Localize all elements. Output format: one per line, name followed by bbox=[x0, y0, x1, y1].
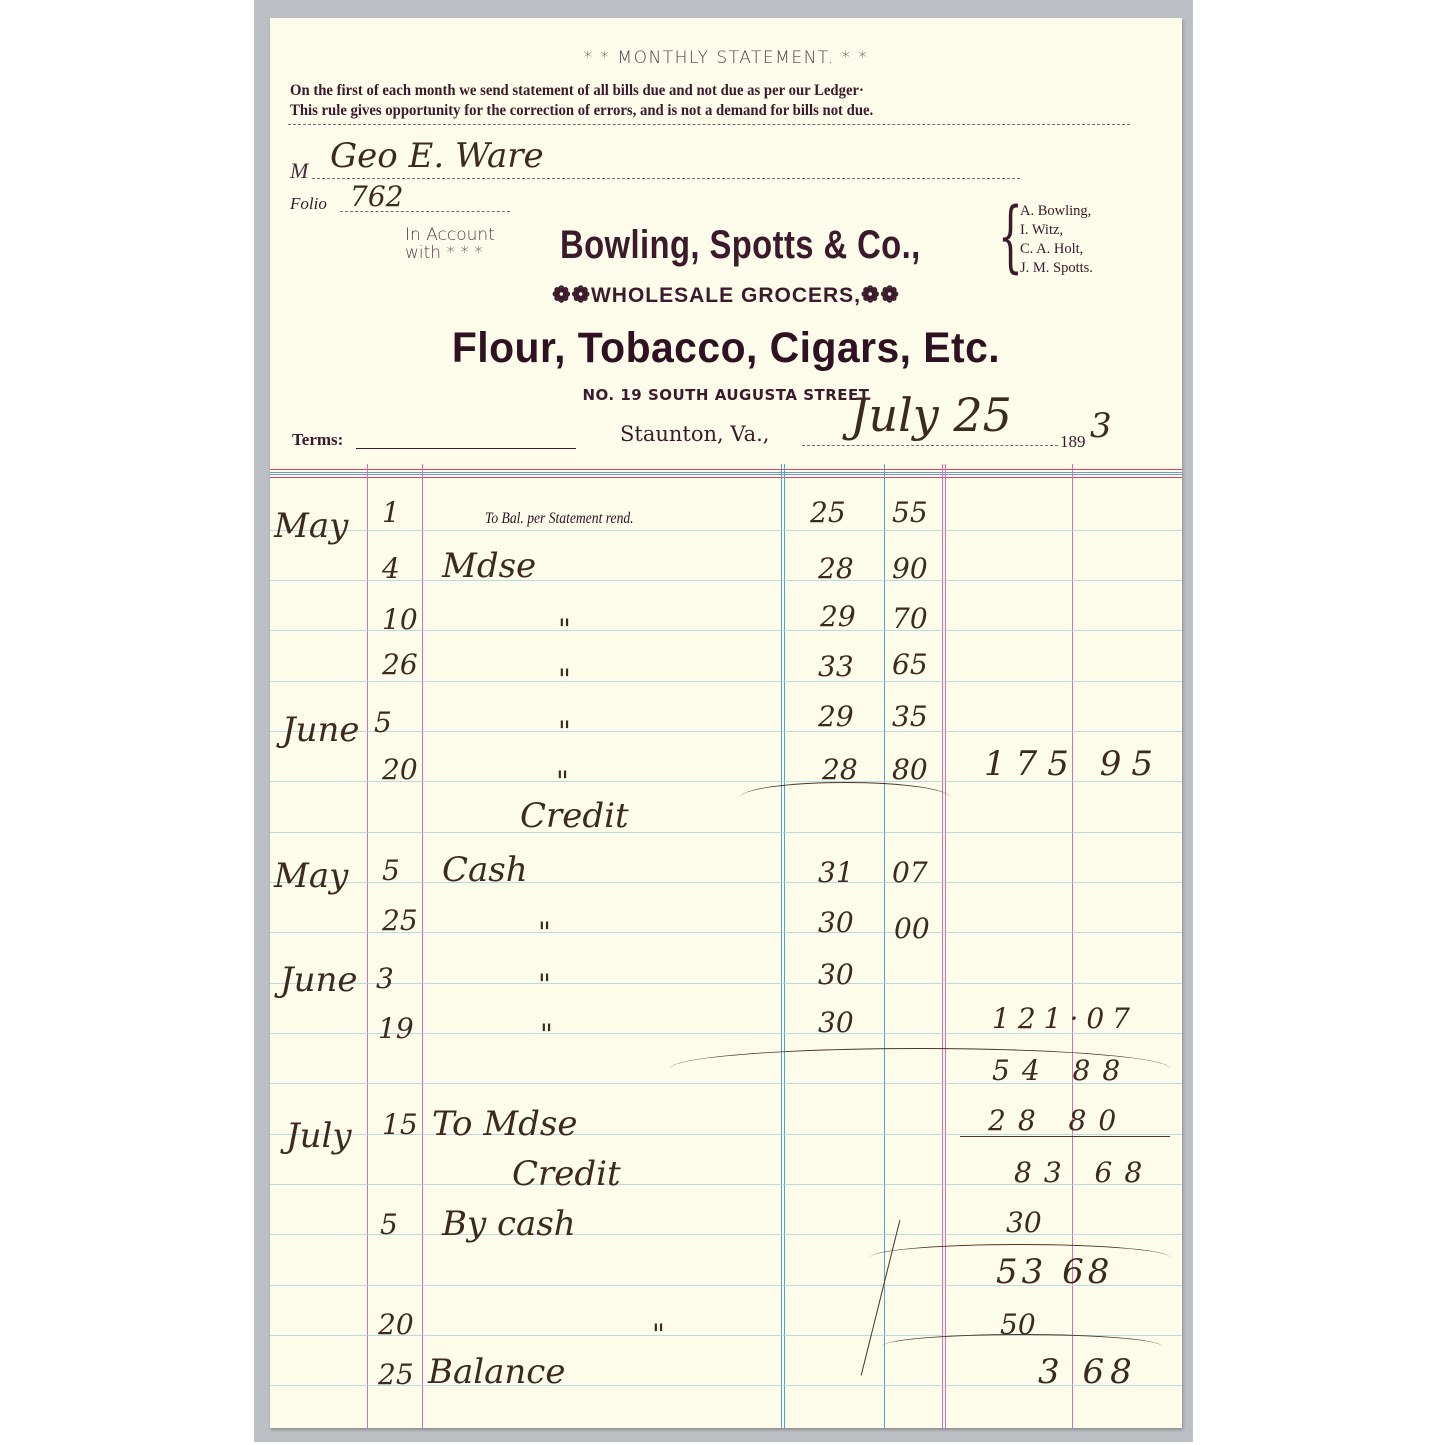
ledger-dollars: 30 bbox=[818, 906, 854, 939]
ledger-total: 121·07 bbox=[992, 1002, 1138, 1035]
ledger-dollars: 29 bbox=[820, 600, 856, 633]
partner: J. M. Spotts. bbox=[1020, 259, 1093, 278]
ledger-cents: 55 bbox=[892, 496, 928, 529]
customer-line bbox=[312, 178, 1020, 179]
ledger-desc: " bbox=[558, 715, 571, 748]
header-rule bbox=[270, 474, 1182, 475]
ledger-cents: 65 bbox=[892, 648, 928, 681]
ledger-day: 1 bbox=[382, 496, 400, 529]
date-handwritten: July 25 bbox=[850, 388, 1012, 442]
ledger-desc: " bbox=[538, 916, 551, 949]
in-account-with: In Account with * * * bbox=[405, 226, 495, 262]
partners-list: A. Bowling, I. Witz, C. A. Holt, J. M. S… bbox=[1020, 202, 1093, 278]
header-rule bbox=[270, 469, 1182, 470]
folio-line bbox=[340, 211, 510, 212]
ledger-day: 15 bbox=[382, 1108, 418, 1141]
statement-paper: * * MONTHLY STATEMENT. * * On the first … bbox=[270, 18, 1182, 1428]
ledger-day: 4 bbox=[382, 552, 400, 585]
ledger-desc: " bbox=[556, 765, 569, 798]
folio-label: Folio bbox=[290, 194, 327, 214]
column-rule bbox=[781, 464, 782, 1428]
ledger-desc: Balance bbox=[428, 1352, 565, 1392]
ledger-day: 10 bbox=[382, 603, 418, 636]
street-address: NO. 19 SOUTH AUGUSTA STREET bbox=[270, 386, 1182, 404]
ledger-desc: To Mdse bbox=[432, 1104, 577, 1144]
printed-balance-label: To Bal. per Statement rend. bbox=[485, 510, 634, 528]
ledger-desc: By cash bbox=[442, 1204, 576, 1244]
city: Staunton, Va., bbox=[620, 422, 769, 446]
customer-prefix: M bbox=[290, 158, 308, 184]
check-mark bbox=[861, 1220, 903, 1376]
notice-line-1: On the first of each month we send state… bbox=[290, 82, 864, 100]
ledger-cents: 70 bbox=[892, 602, 928, 635]
ledger-day: 20 bbox=[382, 753, 418, 786]
wholesale-grocers: ❁❁WHOLESALE GROCERS,❁❁ bbox=[270, 282, 1182, 308]
ledger-cents: 90 bbox=[892, 552, 928, 585]
ledger-total: 28 80 bbox=[988, 1104, 1128, 1137]
ledger-dollars: 31 bbox=[818, 856, 854, 889]
column-rule bbox=[945, 464, 946, 1428]
ledger-day: 19 bbox=[378, 1012, 414, 1045]
flower-ornament-icon: ❁❁ bbox=[861, 282, 900, 307]
flower-ornament-icon: ❁❁ bbox=[552, 282, 591, 307]
ledger-dollars: 30 bbox=[818, 958, 854, 991]
year-printed: 189 bbox=[1060, 432, 1086, 452]
terms-label: Terms: bbox=[292, 430, 343, 450]
date-line bbox=[802, 445, 1058, 446]
column-rule bbox=[422, 464, 423, 1428]
ledger-dollars: 29 bbox=[818, 700, 854, 733]
divider bbox=[288, 124, 1130, 125]
ledger-total: 83 68 bbox=[1014, 1156, 1154, 1189]
ledger-desc: " bbox=[538, 968, 551, 1001]
products-heading: Flour, Tobacco, Cigars, Etc. bbox=[293, 324, 1159, 373]
ledger-cents: 07 bbox=[892, 856, 928, 889]
header-rule bbox=[270, 477, 1182, 478]
folio-value: 762 bbox=[350, 180, 403, 213]
ledger-day: 5 bbox=[382, 854, 400, 887]
total-underline bbox=[740, 782, 950, 813]
ledger-desc: " bbox=[540, 1018, 553, 1051]
ledger-desc: Credit bbox=[512, 1154, 621, 1194]
ledger-day: 26 bbox=[382, 648, 418, 681]
ledger-desc: Mdse bbox=[442, 546, 536, 586]
terms-line bbox=[356, 448, 576, 449]
in-account-line-2: with * * * bbox=[405, 244, 495, 262]
ledger-total: 3 68 bbox=[1038, 1352, 1138, 1392]
column-rule bbox=[942, 464, 943, 1428]
ledger-month: May bbox=[274, 856, 348, 896]
ledger-month: June bbox=[280, 960, 358, 1000]
ledger-day: 5 bbox=[374, 706, 392, 739]
ledger-desc: " bbox=[558, 663, 571, 696]
column-rule bbox=[367, 464, 368, 1428]
ledger-desc: Credit bbox=[520, 796, 629, 836]
ledger-total: 54 88 bbox=[992, 1054, 1132, 1087]
total-underline bbox=[960, 1136, 1170, 1141]
company-name: Bowling, Spotts & Co., bbox=[560, 223, 921, 268]
ledger-cents: 35 bbox=[892, 700, 928, 733]
ledger-day: 5 bbox=[380, 1208, 398, 1241]
notice-line-2: This rule gives opportunity for the corr… bbox=[290, 102, 873, 120]
ledger-desc: " bbox=[558, 613, 571, 646]
ledger-cents: 80 bbox=[892, 753, 928, 786]
statement-title: * * MONTHLY STATEMENT. * * bbox=[270, 48, 1182, 68]
ledger-month: June bbox=[282, 710, 360, 750]
ledger-day: 25 bbox=[382, 904, 418, 937]
column-rule bbox=[784, 464, 785, 1428]
ledger-dollars: 30 bbox=[818, 1006, 854, 1039]
ledger-day: 20 bbox=[378, 1308, 414, 1341]
partner: A. Bowling, bbox=[1020, 202, 1093, 221]
ledger-month: May bbox=[274, 506, 348, 546]
ledger-desc: " bbox=[652, 1318, 665, 1351]
ledger-month: July bbox=[286, 1116, 352, 1156]
ledger-cents: 00 bbox=[894, 912, 930, 945]
ledger-day: 3 bbox=[376, 962, 394, 995]
year-handwritten: 3 bbox=[1090, 406, 1112, 446]
ledger-total: 30 bbox=[1006, 1206, 1042, 1239]
ledger-dollars: 33 bbox=[818, 650, 854, 683]
customer-name: Geo E. Ware bbox=[330, 136, 544, 176]
ledger-dollars: 28 bbox=[818, 552, 854, 585]
ledger-total: 175 95 bbox=[984, 744, 1163, 784]
in-account-line-1: In Account bbox=[405, 226, 495, 244]
partner: I. Witz, bbox=[1020, 221, 1093, 240]
partner: C. A. Holt, bbox=[1020, 240, 1093, 259]
header-rule bbox=[270, 472, 1182, 473]
ledger-desc: Cash bbox=[442, 850, 528, 890]
ledger-total: 53 68 bbox=[996, 1252, 1113, 1292]
ledger-day: 25 bbox=[378, 1358, 414, 1391]
wholesale-label: WHOLESALE GROCERS, bbox=[591, 284, 861, 307]
ledger-dollars: 25 bbox=[810, 496, 846, 529]
